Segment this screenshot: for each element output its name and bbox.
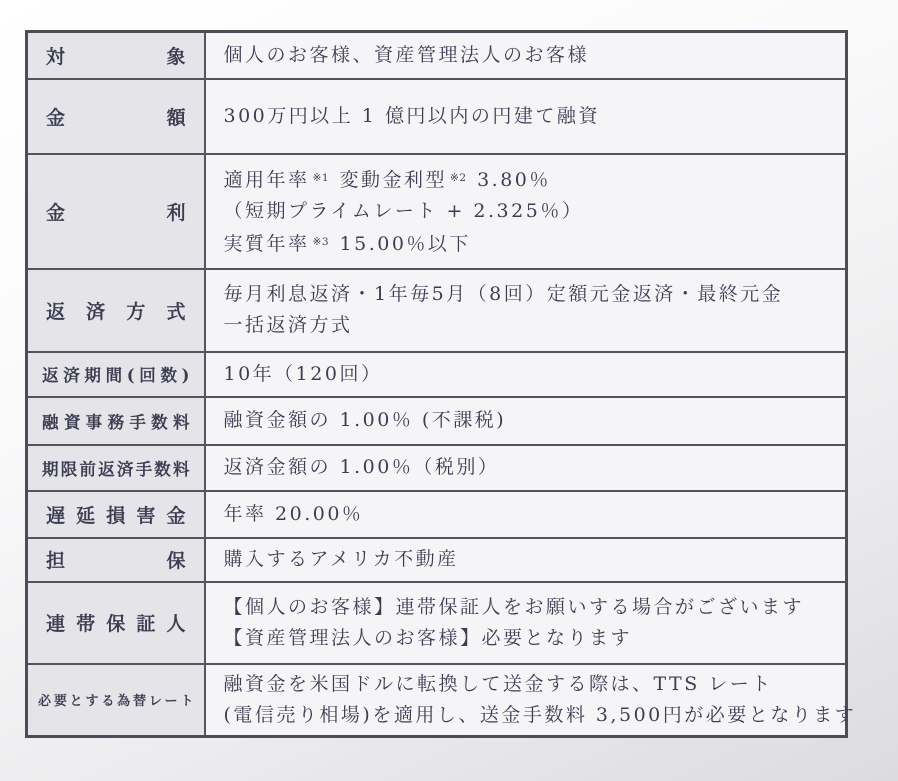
value-line: 個人のお客様、資産管理法人のお客様	[224, 40, 836, 71]
row-value: 融資金額の 1.00％ (不課税)	[205, 397, 847, 445]
value-line: 購入するアメリカ不動産	[224, 544, 836, 575]
row-label: 期限前返済手数料	[27, 445, 205, 491]
row-repayment-period: 返済期間(回数) 10年（120回）	[27, 352, 847, 397]
value-line: （短期プライムレート + 2.325％）	[224, 196, 836, 227]
row-value: 10年（120回）	[205, 352, 847, 397]
row-label: 返済方式	[27, 269, 205, 352]
row-value: 返済金額の 1.00％（税別）	[205, 445, 847, 491]
value-line: 【資産管理法人のお客様】必要となります	[224, 623, 836, 654]
row-value: 毎月利息返済・1年毎5月（8回）定額元金返済・最終元金 一括返済方式	[205, 269, 847, 352]
row-value: 個人のお客様、資産管理法人のお客様	[205, 32, 847, 79]
value-line: 【個人のお客様】連帯保証人をお願いする場合がございます	[224, 592, 836, 623]
loan-terms-table: 対象 個人のお客様、資産管理法人のお客様 金額 300万円以上 1 億円以内の円…	[25, 30, 848, 738]
value-line: 返済金額の 1.00％（税別）	[224, 452, 836, 483]
row-joint-guarantor: 連帯保証人 【個人のお客様】連帯保証人をお願いする場合がございます 【資産管理法…	[27, 582, 847, 664]
row-repayment-method: 返済方式 毎月利息返済・1年毎5月（8回）定額元金返済・最終元金 一括返済方式	[27, 269, 847, 352]
row-label: 必要とする為替レート	[27, 664, 205, 737]
row-exchange-rate: 必要とする為替レート 融資金を米国ドルに転換して送金する際は、TTS レート (…	[27, 664, 847, 737]
value-line: 毎月利息返済・1年毎5月（8回）定額元金返済・最終元金	[224, 279, 836, 310]
row-label: 対象	[27, 32, 205, 79]
row-value: 適用年率※1 変動金利型※2 3.80％ （短期プライムレート + 2.325％…	[205, 154, 847, 269]
value-line: 10年（120回）	[224, 359, 836, 390]
row-label: 遅延損害金	[27, 491, 205, 538]
row-value: 融資金を米国ドルに転換して送金する際は、TTS レート (電信売り相場)を適用し…	[205, 664, 847, 737]
row-target: 対象 個人のお客様、資産管理法人のお客様	[27, 32, 847, 79]
value-line: 実質年率※3 15.00％以下	[224, 227, 836, 260]
rate-value: 3.80％	[469, 169, 551, 191]
rate-value: 15.00％以下	[331, 233, 471, 255]
row-label: 返済期間(回数)	[27, 352, 205, 397]
footnote-ref-1: ※1	[310, 172, 331, 184]
row-label: 金額	[27, 79, 205, 154]
row-label: 金利	[27, 154, 205, 269]
rate-text: 適用年率	[224, 169, 310, 191]
row-value: 300万円以上 1 億円以内の円建て融資	[205, 79, 847, 154]
value-line: 300万円以上 1 億円以内の円建て融資	[224, 101, 836, 132]
row-value: 【個人のお客様】連帯保証人をお願いする場合がございます 【資産管理法人のお客様】…	[205, 582, 847, 664]
row-prepayment-fee: 期限前返済手数料 返済金額の 1.00％（税別）	[27, 445, 847, 491]
row-label: 担保	[27, 538, 205, 582]
rate-text: 実質年率	[224, 233, 310, 255]
row-late-damages: 遅延損害金 年率 20.00％	[27, 491, 847, 538]
footnote-ref-2: ※2	[447, 172, 468, 184]
footnote-ref-3: ※3	[310, 236, 331, 248]
row-value: 年率 20.00％	[205, 491, 847, 538]
value-line: 融資金額の 1.00％ (不課税)	[224, 405, 836, 436]
row-label: 融資事務手数料	[27, 397, 205, 445]
row-interest-rate: 金利 適用年率※1 変動金利型※2 3.80％ （短期プライムレート + 2.3…	[27, 154, 847, 269]
value-line: 一括返済方式	[224, 310, 836, 341]
value-line: 適用年率※1 変動金利型※2 3.80％	[224, 163, 836, 196]
value-line: 融資金を米国ドルに転換して送金する際は、TTS レート	[224, 669, 836, 700]
row-collateral: 担保 購入するアメリカ不動産	[27, 538, 847, 582]
row-label: 連帯保証人	[27, 582, 205, 664]
row-amount: 金額 300万円以上 1 億円以内の円建て融資	[27, 79, 847, 154]
value-line: 年率 20.00％	[224, 499, 836, 530]
row-value: 購入するアメリカ不動産	[205, 538, 847, 582]
rate-text: 変動金利型	[331, 169, 447, 191]
value-line: (電信売り相場)を適用し、送金手数料 3,500円が必要となります	[224, 700, 836, 731]
row-processing-fee: 融資事務手数料 融資金額の 1.00％ (不課税)	[27, 397, 847, 445]
